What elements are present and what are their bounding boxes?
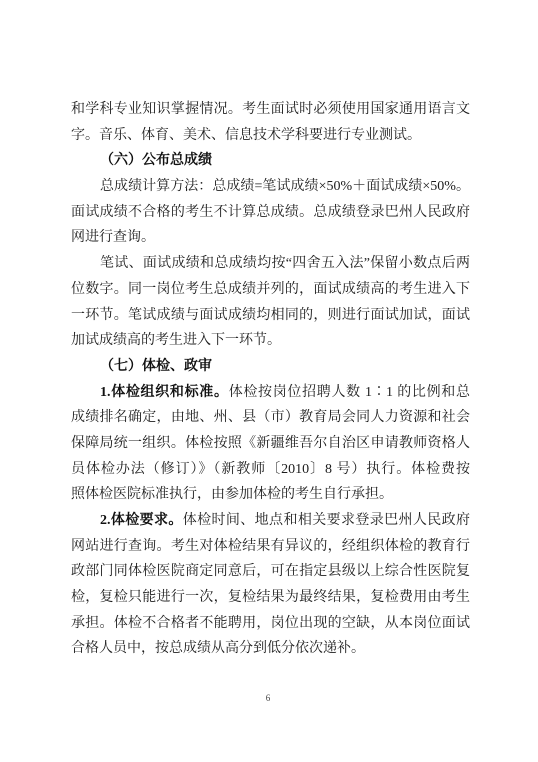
- text-line: 网进行查询。: [71, 225, 470, 251]
- document-page: 和学科专业知识掌握情况。考生面试时必须使用国家通用语言文 字。音乐、体育、美术、…: [0, 0, 538, 762]
- text-line: 承担。体检不合格者不能聘用，岗位出现的空缺，从本岗位面试: [71, 611, 470, 637]
- text-line: 1.体检组织和标准。体检按岗位招聘人数 1∶1 的比例和总: [71, 380, 470, 406]
- paragraph-rounding-rules: 笔试、面试成绩和总成绩均按“四舍五入法”保留小数点后两 位数字。同一岗位考生总成…: [71, 251, 470, 354]
- item-title: 1.体检组织和标准。: [100, 385, 229, 400]
- paragraph-total-score-method: 总成绩计算方法：总成绩=笔试成绩×50%＋面试成绩×50%。 面试成绩不合格的考…: [71, 174, 470, 251]
- text-line: 保障局统一组织。体检按照《新疆维吾尔自治区申请教师资格人: [71, 431, 470, 457]
- continuation-paragraph: 和学科专业知识掌握情况。考生面试时必须使用国家通用语言文 字。音乐、体育、美术、…: [71, 97, 470, 148]
- item-title: 2.体检要求。: [100, 513, 183, 528]
- text-line: 位数字。同一岗位考生总成绩并列的，面试成绩高的考生进入下: [71, 277, 470, 303]
- text-line: 政部门同体检医院商定同意后，可在指定县级以上综合性医院复: [71, 559, 470, 585]
- item-exam-requirements: 2.体检要求。体检时间、地点和相关要求登录巴州人民政府 网站进行查询。考生对体检…: [71, 508, 470, 662]
- text-line: 2.体检要求。体检时间、地点和相关要求登录巴州人民政府: [71, 508, 470, 534]
- text-line: 合格人员中，按总成绩从高分到低分依次递补。: [71, 636, 470, 662]
- item-exam-organization: 1.体检组织和标准。体检按岗位招聘人数 1∶1 的比例和总 成绩排名确定，由地、…: [71, 380, 470, 508]
- text-line: 总成绩计算方法：总成绩=笔试成绩×50%＋面试成绩×50%。: [71, 174, 470, 200]
- text-line: 一环节。笔试成绩与面试成绩均相同的，则进行面试加试，面试: [71, 303, 470, 329]
- text-line: 面试成绩不合格的考生不计算总成绩。总成绩登录巴州人民政府: [71, 200, 470, 226]
- text-line: 成绩排名确定，由地、州、县（市）教育局会同人力资源和社会: [71, 405, 470, 431]
- text-line: 字。音乐、体育、美术、信息技术学科要进行专业测试。: [71, 123, 470, 149]
- item-text: 体检时间、地点和相关要求登录巴州人民政府: [183, 513, 470, 528]
- section-heading-7: （七）体检、政审: [71, 354, 470, 380]
- text-line: 员体检办法（修订）》（新教师〔2010〕8 号）执行。体检费按: [71, 457, 470, 483]
- section-heading-6: （六）公布总成绩: [71, 148, 470, 174]
- item-text: 体检按岗位招聘人数 1∶1 的比例和总: [229, 385, 470, 400]
- text-line: 照体检医院标准执行，由参加体检的考生自行承担。: [71, 482, 470, 508]
- text-line: 网站进行查询。考生对体检结果有异议的，经组织体检的教育行: [71, 534, 470, 560]
- text-line: 笔试、面试成绩和总成绩均按“四舍五入法”保留小数点后两: [71, 251, 470, 277]
- body-text: 和学科专业知识掌握情况。考生面试时必须使用国家通用语言文 字。音乐、体育、美术、…: [71, 97, 470, 662]
- text-line: 检，复检只能进行一次，复检结果为最终结果，复检费用由考生: [71, 585, 470, 611]
- text-line: 加试成绩高的考生进入下一环节。: [71, 328, 470, 354]
- text-line: 和学科专业知识掌握情况。考生面试时必须使用国家通用语言文: [71, 97, 470, 123]
- page-number: 6: [258, 693, 278, 703]
